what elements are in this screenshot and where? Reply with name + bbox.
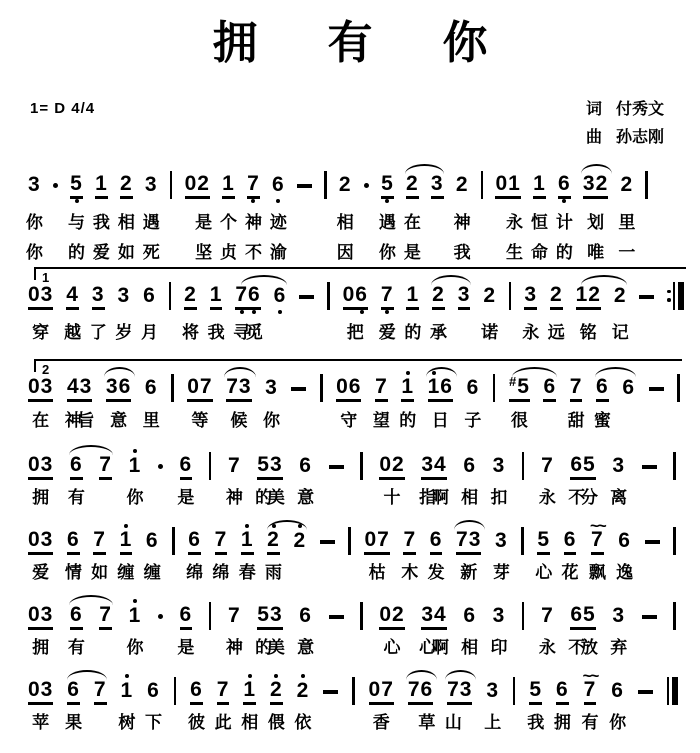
lyric-char: 心 [535, 558, 552, 583]
lyric-char: 雨 [265, 558, 282, 583]
lyric-char: 神 [245, 208, 262, 233]
barline [521, 520, 524, 563]
note-token: 6 [611, 670, 624, 713]
barline [327, 275, 330, 318]
barline [677, 367, 680, 410]
note-token: 7 [93, 520, 106, 563]
lyric-char: 有 [68, 483, 85, 508]
lyric-char: 拥 [32, 483, 49, 508]
lyric-char: 的 [404, 318, 421, 343]
note-token: 6 [299, 595, 312, 638]
lyric-char: 唯 [587, 238, 604, 263]
score-line-5: 03671667122077673356~~76爱情如缠缠绵绵春雨枯木发新芽心花… [28, 520, 676, 564]
lyric-char: 永 [506, 208, 523, 233]
barline [320, 367, 323, 410]
note-token: 7 [570, 367, 583, 410]
note-token: 1 [129, 445, 142, 488]
lyric-char: 命 [531, 238, 548, 263]
note-token: 65 [570, 445, 595, 488]
note-token: 1 [129, 595, 142, 638]
note-token: 2 [550, 275, 563, 318]
note-token: 34 [421, 595, 446, 638]
lyric-char: 啊 [432, 633, 449, 658]
note-token: 6 [180, 445, 193, 488]
barline [509, 275, 512, 318]
lyric-char: 下 [145, 708, 162, 733]
augmentation-dot [364, 164, 369, 207]
score-line-7: 03671667122077673356~~76苹果树下彼此相偎依香草山上我拥有… [28, 670, 678, 714]
barline [172, 520, 175, 563]
high-octave-dot [125, 674, 129, 678]
note-token: 7 [215, 520, 228, 563]
barline [209, 445, 212, 488]
note-token: 7 [381, 275, 394, 318]
dash-extension [320, 520, 335, 563]
note-token: 1 [222, 164, 235, 207]
lyric-char: 缠 [117, 558, 134, 583]
rest-note-token: 03 [28, 595, 53, 638]
lyric-char: 觅 [246, 318, 263, 343]
note-token: 6 [147, 670, 160, 713]
note-token: 6 [556, 670, 569, 713]
rest-note-token: 07 [187, 367, 212, 410]
note-token: 7 [541, 595, 554, 638]
note-token: 7 [403, 520, 416, 563]
note-token: 2 [297, 670, 310, 713]
score-line-3: 20343366077330671166#56766在神旨意里等候你守望的日子很… [28, 367, 680, 411]
lyric-char: 依 [294, 708, 311, 733]
barline [673, 520, 676, 563]
lyric-char: 发 [428, 558, 445, 583]
sheet-music-page: 拥有你 1= D 4/4 词付秀文 曲孙志刚 35123021762523201… [0, 0, 700, 753]
lyric-char: 苹 [32, 708, 49, 733]
note-token: 6 [299, 445, 312, 488]
lyric-char: 不 [245, 238, 262, 263]
lyric-char: 望 [373, 406, 390, 431]
lyric-char: 彼 [188, 708, 205, 733]
note-token: 7 [228, 595, 241, 638]
lyric-char: 因 [337, 238, 354, 263]
lyric-char: 绵 [212, 558, 229, 583]
low-octave-dot [252, 310, 256, 314]
lyric-char: 春 [239, 558, 256, 583]
rest-note-token: 03 [28, 367, 53, 410]
lyric-char: 美 [268, 633, 285, 658]
lyric-char: 弃 [610, 633, 627, 658]
barline [324, 164, 327, 207]
lyric-char: 花 [562, 558, 579, 583]
note-token: 6 [188, 520, 201, 563]
lyric-char: 爱 [93, 238, 110, 263]
lyric-char: 与 [68, 208, 85, 233]
note-token: 3 [28, 164, 41, 207]
lyric-char: 旨 [77, 406, 94, 431]
note-token: 4 [66, 275, 79, 318]
lyric-char: 果 [65, 708, 82, 733]
augmentation-dot [158, 595, 163, 638]
lyric-char: 新 [460, 558, 477, 583]
barline [209, 595, 212, 638]
lyric-char: 飘 [589, 558, 606, 583]
lyric-char: 很 [511, 406, 528, 431]
lyric-char: 是 [177, 633, 194, 658]
low-octave-dot [276, 199, 280, 203]
note-token: 6 [564, 520, 577, 563]
rest-note-token: 02 [185, 164, 210, 207]
barline [360, 595, 363, 638]
note-token: 1 [210, 275, 223, 318]
lyric-char: 啊 [432, 483, 449, 508]
notes-row: 0343366077330671166#56766 [28, 367, 680, 411]
note-token: 6 [618, 520, 631, 563]
lyric-char: 草 [418, 708, 435, 733]
lyric-char: 意 [297, 483, 314, 508]
lyric-char: 贞 [220, 238, 237, 263]
note-token: 1 [401, 367, 414, 410]
note-token: 1 [120, 520, 133, 563]
lyric-char: 相 [337, 208, 354, 233]
note-token: 3 [493, 445, 506, 488]
lyric-char: 爱 [379, 318, 396, 343]
note-token: 3 [524, 275, 537, 318]
score-line-6: 03671675360234637653拥有你是神的美意心心啊相印永不放弃 [28, 595, 676, 639]
note-token: 5 [70, 164, 83, 207]
lyric-char: 神 [226, 483, 243, 508]
lyric-char: 你 [26, 238, 43, 263]
note-token: 6 [558, 164, 571, 207]
rest-note-token: 06 [336, 367, 361, 410]
rest-note-token: 02 [379, 445, 404, 488]
note-token: 6 [272, 164, 285, 207]
barline [673, 445, 676, 488]
lyric-char: 你 [126, 633, 143, 658]
lyric-char: 相 [461, 633, 478, 658]
note-token: 3 [145, 164, 158, 207]
lyric-char: 守 [340, 406, 357, 431]
lyric-char: 拥 [554, 708, 571, 733]
lyric-char: 遇 [379, 208, 396, 233]
high-octave-dot [133, 599, 137, 603]
note-token: 7 [541, 445, 554, 488]
note-token: 65 [570, 595, 595, 638]
barline [673, 595, 676, 638]
lyric-char: 我 [527, 708, 544, 733]
note-token: 3 [612, 445, 625, 488]
high-octave-dot [301, 674, 305, 678]
lyric-char: 的 [399, 406, 416, 431]
dash-extension [645, 520, 660, 563]
lyric-char: 等 [191, 406, 208, 431]
lyric-char: 在 [32, 406, 49, 431]
note-token: 6 [180, 595, 193, 638]
barline [360, 445, 363, 488]
dash-extension [329, 595, 344, 638]
dash-extension [297, 164, 312, 207]
lyric-char: 我 [93, 208, 110, 233]
lyric-char: 拥 [32, 633, 49, 658]
low-octave-dot [240, 310, 244, 314]
low-octave-dot [251, 199, 255, 203]
lyric-char: 香 [373, 708, 390, 733]
rest-note-token: 01 [495, 164, 520, 207]
lyric-char: 了 [90, 318, 107, 343]
lyric-char: 承 [430, 318, 447, 343]
barline [170, 164, 173, 207]
lyric-char: 岁 [115, 318, 132, 343]
lyric-char: 里 [143, 406, 160, 431]
rest-note-token: 03 [28, 445, 53, 488]
note-token: 6 [467, 367, 480, 410]
lyric-char: 里 [618, 208, 635, 233]
note-token: 2 [184, 275, 197, 318]
note-token: 2 [621, 164, 634, 207]
lyric-char: 生 [506, 238, 523, 263]
note-token: 3 [612, 595, 625, 638]
lyric-char: 蜜 [594, 406, 611, 431]
lyric-char: 恒 [531, 208, 548, 233]
low-octave-dot [75, 199, 79, 203]
lyric-char: 扣 [490, 483, 507, 508]
lyric-char: 偎 [268, 708, 285, 733]
low-octave-dot [385, 310, 389, 314]
lyric-char: 神 [226, 633, 243, 658]
note-token: 2 [456, 164, 469, 207]
lyric-char: 如 [118, 238, 135, 263]
dash-extension [649, 367, 664, 410]
notes-row: 3512302176252320116322 [28, 164, 648, 208]
lyric-char: 月 [141, 318, 158, 343]
lyric-char: 铭 [580, 318, 597, 343]
lyric-char: 日 [432, 406, 449, 431]
lyric-char: 木 [401, 558, 418, 583]
note-token: ~~7 [583, 670, 598, 713]
note-token: 2 [483, 275, 496, 318]
lyric-char: 迹 [270, 208, 287, 233]
note-token: 6 [463, 445, 476, 488]
lyric-char: 渝 [270, 238, 287, 263]
notes-row: 03433621766067123232122 [28, 275, 684, 319]
lyric-char: 永 [539, 633, 556, 658]
lyric-char: 你 [26, 208, 43, 233]
lyric-char: 的 [556, 238, 573, 263]
note-token: 7 [217, 670, 230, 713]
barline [169, 275, 172, 318]
note-token: 3 [486, 670, 499, 713]
note-token: 6 [67, 520, 80, 563]
dash-extension [642, 445, 657, 488]
dash-extension [291, 367, 306, 410]
score-line-4: 03671675360234637653拥有你是神的美意十指啊相扣永不分离 [28, 445, 676, 489]
lyric-char: 心 [384, 633, 401, 658]
note-token: 53 [257, 595, 282, 638]
lyric-char: 坚 [195, 238, 212, 263]
lyric-char: 越 [64, 318, 81, 343]
lyric-char: 甜 [568, 406, 585, 431]
lyric-char: 枯 [369, 558, 386, 583]
lyric-char: 相 [118, 208, 135, 233]
final-barline [667, 670, 678, 713]
barline [522, 595, 525, 638]
lyric-char: 相 [461, 483, 478, 508]
lyric-char: 你 [379, 238, 396, 263]
lyric-char: 缠 [144, 558, 161, 583]
barline [174, 670, 177, 713]
lyric-char: 芽 [493, 558, 510, 583]
low-octave-dot [385, 199, 389, 203]
lyric-char: 诺 [481, 318, 498, 343]
lyric-char: 划 [587, 208, 604, 233]
note-token: 6 [143, 275, 156, 318]
rest-note-token: 06 [343, 275, 368, 318]
note-token: 6 [190, 670, 203, 713]
note-token: 6 [463, 595, 476, 638]
note-token: 3 [265, 367, 278, 410]
lyric-char: 逸 [616, 558, 633, 583]
lyric-char: 树 [118, 708, 135, 733]
lyric-char: 穿 [32, 318, 49, 343]
note-token: 7 [375, 367, 388, 410]
lyric-char: 神 [454, 208, 471, 233]
note-token: 1 [241, 520, 254, 563]
note-token: 5 [381, 164, 394, 207]
repeat-barline [667, 275, 684, 318]
lyric-char: 遇 [143, 208, 160, 233]
note-token: 3 [92, 275, 105, 318]
augmentation-dot [53, 164, 58, 207]
lyric-char: 十 [384, 483, 401, 508]
note-token: 1 [243, 670, 256, 713]
rest-note-token: 03 [28, 670, 53, 713]
dash-extension [642, 595, 657, 638]
note-token: 2 [339, 164, 352, 207]
note-token: 1 [121, 670, 134, 713]
note-token: 3 [118, 275, 131, 318]
note-token: 6 [145, 367, 158, 410]
lyric-char: 离 [610, 483, 627, 508]
lyric-char: 分 [581, 483, 598, 508]
rest-note-token: 02 [379, 595, 404, 638]
augmentation-dot [158, 445, 163, 488]
note-token: 43 [67, 367, 92, 410]
barline [645, 164, 648, 207]
lyric-char: 相 [241, 708, 258, 733]
low-octave-dot [562, 199, 566, 203]
lyric-char: 个 [220, 208, 237, 233]
lyric-char: 放 [581, 633, 598, 658]
note-token: 2 [120, 164, 133, 207]
lyric-char: 把 [347, 318, 364, 343]
barline [481, 164, 484, 207]
lyric-char: 意 [297, 633, 314, 658]
barline [352, 670, 355, 713]
lyric-char: 候 [230, 406, 247, 431]
lyric-char: 是 [177, 483, 194, 508]
lyric-char: 上 [484, 708, 501, 733]
note-token: 5 [537, 520, 550, 563]
note-token: 3 [493, 595, 506, 638]
lyric-char: 你 [609, 708, 626, 733]
lyric-char: 永 [522, 318, 539, 343]
lyric-char: 是 [404, 238, 421, 263]
score-line-1: 3512302176252320116322你与我相遇是个神迹相遇在神永恒计划里… [28, 164, 648, 208]
lyric-char: 此 [215, 708, 232, 733]
lyric-char: 将 [182, 318, 199, 343]
note-token: 2 [270, 670, 283, 713]
score-line-2: 103433621766067123232122穿越了岁月将我寻觅把爱的承诺永远… [28, 275, 684, 319]
lyric-char: 你 [263, 406, 280, 431]
lyric-char: 绵 [186, 558, 203, 583]
note-token: 53 [257, 445, 282, 488]
note-token: 6 [430, 520, 443, 563]
lyric-char: 我 [454, 238, 471, 263]
lyric-char: 你 [126, 483, 143, 508]
barline [171, 367, 174, 410]
rest-note-token: 03 [28, 520, 53, 563]
note-token: 3 [495, 520, 508, 563]
lyric-char: 有 [68, 633, 85, 658]
note-token: 7 [228, 445, 241, 488]
lyric-char: 爱 [32, 558, 49, 583]
note-token: 7 [247, 164, 260, 207]
lyric-char: 的 [68, 238, 85, 263]
note-token: ~~7 [590, 520, 605, 563]
lyric-char: 记 [612, 318, 629, 343]
lyric-char: 情 [65, 558, 82, 583]
barline [513, 670, 516, 713]
note-token: 6 [146, 520, 159, 563]
dash-extension [329, 445, 344, 488]
dash-extension [299, 275, 314, 318]
lyric-char: 如 [91, 558, 108, 583]
lyric-char: 计 [556, 208, 573, 233]
lyric-char: 山 [445, 708, 462, 733]
lyric-char: 一 [618, 238, 635, 263]
barline [348, 520, 351, 563]
dash-extension [323, 670, 338, 713]
rest-note-token: 07 [369, 670, 394, 713]
lyric-char: 美 [268, 483, 285, 508]
high-octave-dot [133, 449, 137, 453]
lyric-char: 远 [548, 318, 565, 343]
dash-extension [638, 670, 653, 713]
lyric-char: 是 [195, 208, 212, 233]
lyric-char: 子 [464, 406, 481, 431]
lyric-char: 我 [208, 318, 225, 343]
lyric-char: 印 [490, 633, 507, 658]
score: 3512302176252320116322你与我相遇是个神迹相遇在神永恒计划里… [0, 0, 700, 753]
lyric-char: 永 [539, 483, 556, 508]
rest-note-token: 03 [28, 275, 53, 318]
dash-extension [639, 275, 654, 318]
rest-note-token: 07 [364, 520, 389, 563]
note-token: 34 [421, 445, 446, 488]
low-octave-dot [278, 310, 282, 314]
note-token: 1 [406, 275, 419, 318]
note-token: 1 [95, 164, 108, 207]
note-token: 5 [529, 670, 542, 713]
lyric-char: 意 [110, 406, 127, 431]
barline [493, 367, 496, 410]
note-token: 1 [533, 164, 546, 207]
lyric-char: 有 [581, 708, 598, 733]
lyric-char: 死 [143, 238, 160, 263]
lyric-char: 在 [404, 208, 421, 233]
barline [522, 445, 525, 488]
low-octave-dot [360, 310, 364, 314]
